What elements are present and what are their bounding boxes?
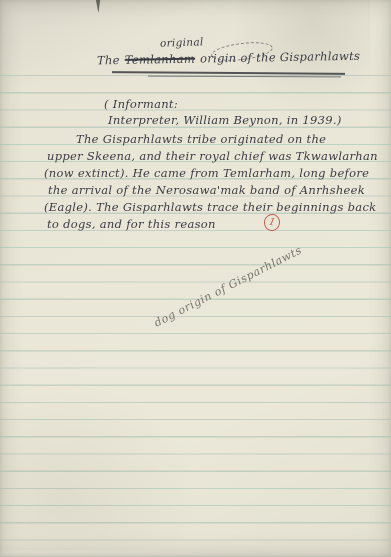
footnote-marker: 1 bbox=[268, 216, 277, 228]
scan-shadow bbox=[0, 380, 200, 550]
scanned-page: TheTemlanhamorigin of the Gisparhlawts o… bbox=[0, 0, 391, 557]
paragraph-line: (Eagle). The Gisparhlawts trace their be… bbox=[44, 200, 376, 214]
title-word-the: The bbox=[97, 53, 120, 67]
inserted-word: original bbox=[160, 35, 204, 51]
informant-line-2: Interpreter, William Beynon, in 1939.) bbox=[108, 113, 342, 127]
paragraph-line: the arrival of the Nerosawa'mak band of … bbox=[48, 183, 365, 197]
paragraph-line: The Gisparhlawts tribe originated on the bbox=[76, 132, 326, 146]
informant-line-1: ( Informant: bbox=[104, 97, 178, 111]
title-underline-second bbox=[148, 75, 341, 77]
paragraph-line: upper Skeena, and their royal chief was … bbox=[47, 149, 378, 163]
paragraph-line: (now extinct). He came from Temlarham, l… bbox=[44, 166, 369, 180]
struck-word: Temlanham bbox=[125, 52, 196, 67]
paragraph-line: to dogs, and for this reason bbox=[47, 217, 216, 231]
